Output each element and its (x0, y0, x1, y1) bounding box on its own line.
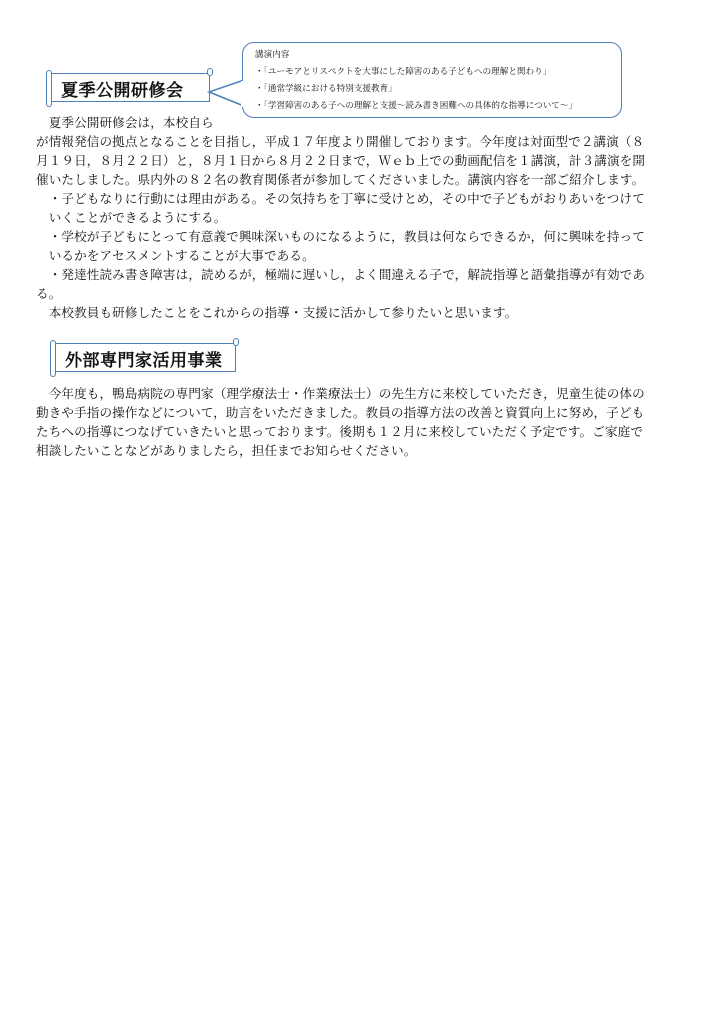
paragraph-line: たちへの指導につなげていきたいと思っております。後期も１２月に来校していただく予… (36, 422, 645, 441)
scroll-curl-left (50, 340, 56, 377)
section-title: 外部専門家活用事業 (65, 346, 223, 371)
paragraph-line: 夏季公開研修会は，本校自ら (36, 113, 645, 132)
scroll-curl-right (207, 68, 213, 76)
paragraph-line: いるかをアセスメントすることが大事である。 (36, 246, 645, 265)
section2-body: 今年度も，鴨島病院の専門家（理学療法士・作業療法士）の先生方に来校していただき，… (36, 384, 645, 460)
section-banner-summer-seminar: 夏季公開研修会 (50, 73, 210, 102)
scroll-curl-left (46, 70, 52, 107)
paragraph-line: る。 (36, 284, 645, 303)
paragraph-line: ・発達性読み書き障害は，読めるが，極端に遅いし，よく間違える子で，解読指導と語彙… (36, 265, 645, 284)
section1-body: 夏季公開研修会は，本校自ら が情報発信の拠点となることを目指し，平成１７年度より… (36, 113, 645, 322)
section-banner-external-experts: 外部専門家活用事業 (54, 343, 236, 372)
section-title: 夏季公開研修会 (61, 76, 184, 101)
paragraph-line: いくことができるようにする。 (36, 208, 645, 227)
document-page: 夏季公開研修会 講演内容 ・「ユーモアとリスペクトを大事にした障害のある子どもへ… (0, 0, 724, 1024)
paragraph-line: 動きや手指の操作などについて，助言をいただきました。教員の指導方法の改善と資質向… (36, 403, 645, 422)
paragraph-line: が情報発信の拠点となることを目指し，平成１７年度より開催しております。今年度は対… (36, 132, 645, 151)
lecture-callout: 講演内容 ・「ユーモアとリスペクトを大事にした障害のある子どもへの理解と関わり」… (242, 42, 622, 118)
paragraph-line: 月１９日，８月２２日）と，８月１日から８月２２日まで，Ｗｅｂ上での動画配信を１講… (36, 151, 645, 170)
callout-heading: 講演内容 (255, 47, 577, 64)
callout-item: ・「ユーモアとリスペクトを大事にした障害のある子どもへの理解と関わり」 (255, 64, 577, 81)
paragraph-line: 今年度も，鴨島病院の専門家（理学療法士・作業療法士）の先生方に来校していただき，… (36, 384, 645, 403)
paragraph-line: 催いたしました。県内外の８２名の教育関係者が参加してくださいました。講演内容を一… (36, 170, 645, 189)
scroll-curl-right (233, 338, 239, 346)
pointer-join (241, 81, 245, 107)
paragraph-line: ・子どもなりに行動には理由がある。その気持ちを丁寧に受けとめ，その中で子どもがお… (36, 189, 645, 208)
paragraph-line: ・学校が子どもにとって有意義で興味深いものになるように，教員は何ならできるか，何… (36, 227, 645, 246)
paragraph-line: 相談したいことなどがありましたら，担任までお知らせください。 (36, 441, 645, 460)
callout-item: ・「通常学級における特別支援教育」 (255, 81, 577, 98)
paragraph-line: 本校教員も研修したことをこれからの指導・支援に活かして参りたいと思います。 (36, 303, 645, 322)
